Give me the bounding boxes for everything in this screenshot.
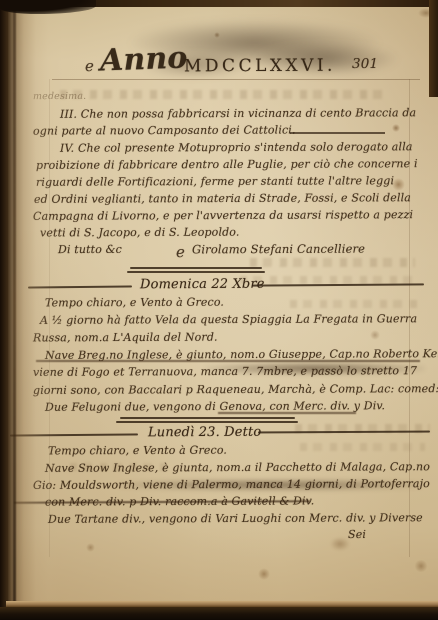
item4-line: Campagna di Livorno, e per l'avvertenza … <box>33 208 413 223</box>
page-number: 301 <box>352 56 378 72</box>
journal-line: Tempo chiaro, e Vento à Greco. <box>45 296 224 310</box>
item4-line: vetti di S. Jacopo, e di S. Leopoldo. <box>40 226 240 240</box>
journal-line: Gio: Mouldsworth, viene di Palermo, manc… <box>33 477 430 492</box>
carryover-line: medesima. <box>33 91 86 102</box>
item4-line: proibizione di fabbricare dentro alle Pu… <box>36 157 418 172</box>
journal-line: Due Tartane div., vengono di Vari Luoghi… <box>48 511 423 526</box>
cover-right-edge <box>429 0 438 97</box>
book-bottom-edge <box>0 607 438 620</box>
journal-line: A ½ giorno hà fatto Vela da questa Spiag… <box>40 312 417 327</box>
anno-roman-year: MDCCLXXVI. <box>184 56 336 77</box>
journal-line: Russa, nom.a L'Aquila del Nord. <box>33 331 218 345</box>
signature: Girolamo Stefani Cancelliere <box>192 242 365 257</box>
catchword: Sei <box>348 528 366 541</box>
item4-line: riguardi delle Fortificazioni, ferme per… <box>36 174 394 189</box>
signature-flourish: e <box>176 243 185 261</box>
anno-flourish: e <box>85 57 94 75</box>
divider-rule <box>127 271 265 273</box>
journal-line: Nave Snow Inglese, è giunta, nom.a il Pa… <box>45 460 430 475</box>
item4-line: ed Ordini veglianti, tanto in materia di… <box>34 191 411 206</box>
item3-line: III. Che non possa fabbricarsi in vicina… <box>60 106 416 121</box>
item3-dash-rule <box>290 132 385 134</box>
item3-line: ogni parte al nuovo Camposanto dei Catto… <box>33 123 296 137</box>
closing-ditutto: Di tutto &c <box>58 243 122 256</box>
merc-underline <box>218 412 356 414</box>
anno-script-word: Anno <box>99 40 188 78</box>
divider-rule <box>120 417 295 419</box>
journal-line: giorni sono, con Baccalari p Raqueneau, … <box>33 382 438 397</box>
journal-line: viene di Fogo et Terranuova, manca 7. 7m… <box>33 364 417 379</box>
item4-line: IV. Che col presente Motuproprio s'inten… <box>60 140 413 155</box>
journal-line: Tempo chiaro, e Vento à Greco. <box>48 444 227 458</box>
divider-rule <box>116 421 298 423</box>
section-title: Domenica 22 Xbre <box>140 277 265 293</box>
divider-rule <box>130 267 262 269</box>
section-title: Lunedì 23. Detto <box>148 425 261 440</box>
ship-entry-underline <box>36 360 420 362</box>
manuscript-scan: e Anno MDCCLXXVI. 301 medesima. III. Che… <box>0 0 438 620</box>
